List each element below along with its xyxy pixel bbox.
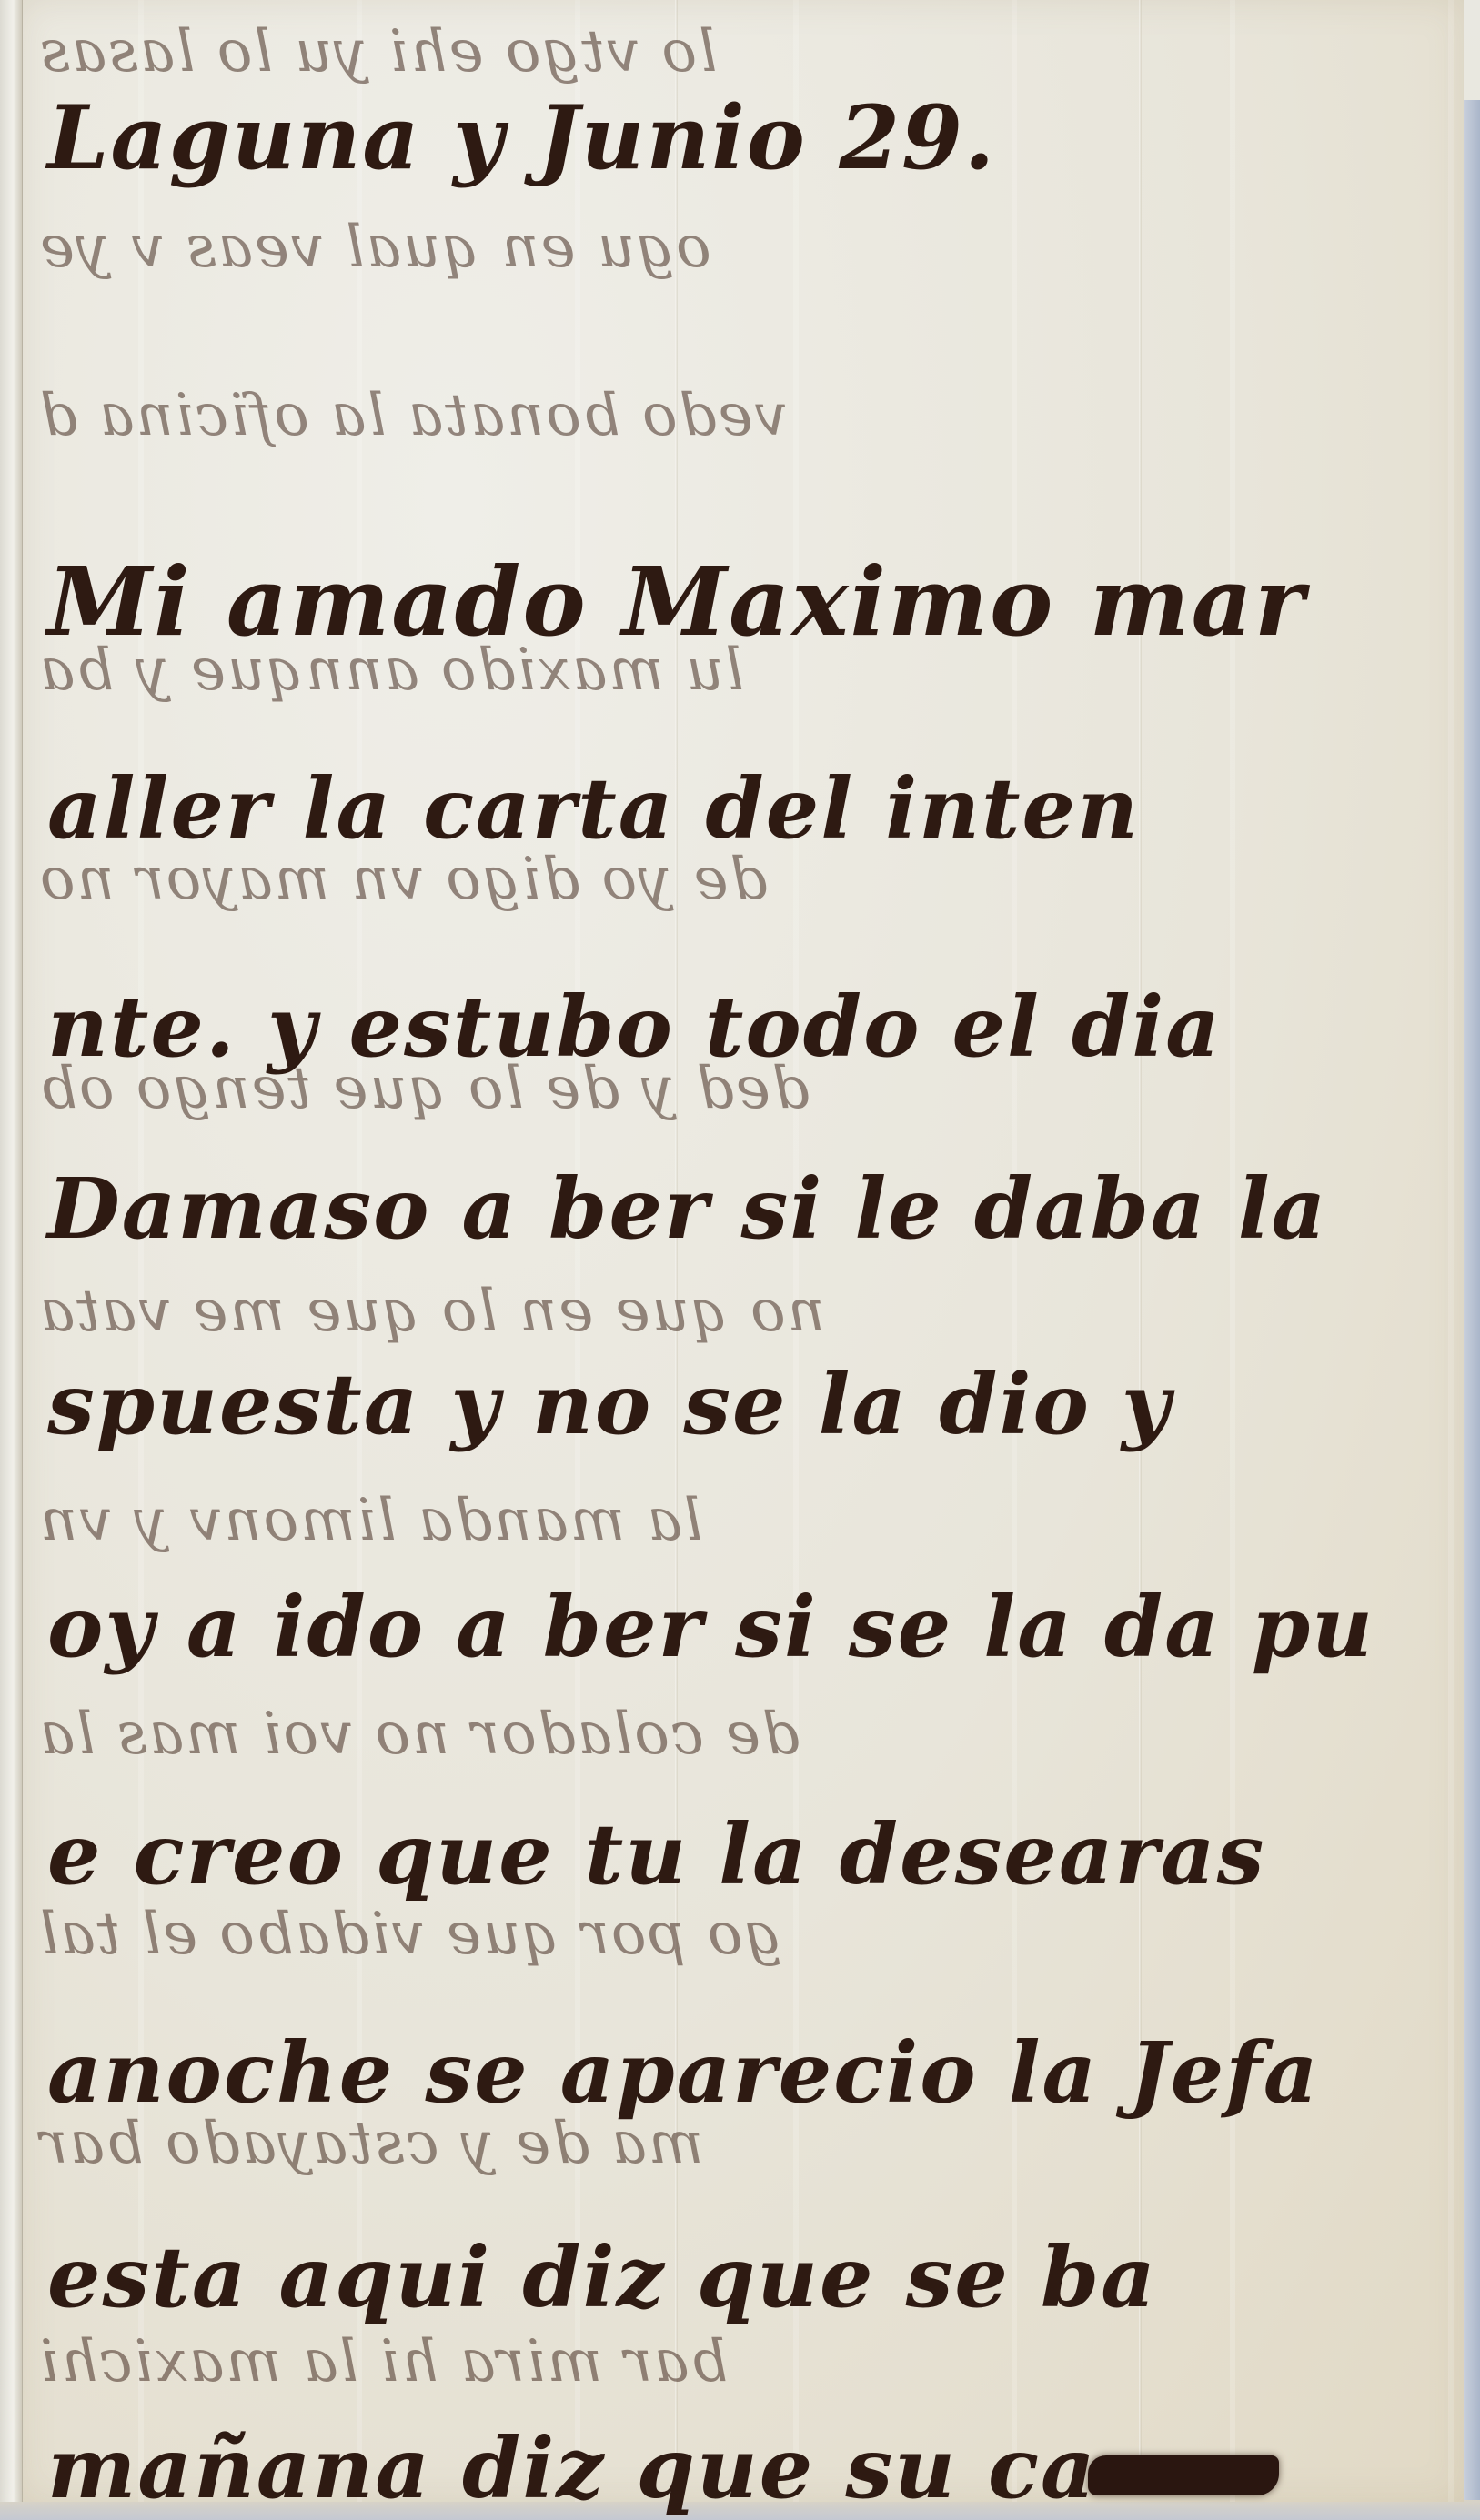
letter-line: Damaso a ber si le daba la [47,1160,1327,1258]
bleed-through-line: no que en lo que me vata [38,1278,1457,1345]
bleed-through-line: la manda limonv y vn [38,1487,1457,1554]
bleed-through-line: de colador no voi mas la [38,1701,1457,1768]
salutation-line: Mi amado Maximo mar [47,546,1306,658]
letter-line: e creo que tu la desearas [47,1805,1265,1903]
manuscript-photo: lo vtgo ehi yu lo lasas ogu en qual veas… [0,0,1480,2520]
bleed-through-line: bar mira hi la maxichi [38,2328,1457,2395]
letter-line: oy a ido a ber si se la da pu [47,1578,1374,1676]
letter-line: nte. y estubo todo el dia [47,978,1222,1076]
letter-page: lo vtgo ehi yu lo lasas ogu en qual veas… [20,0,1464,2502]
letter-line: spuesta y no se la dio y [47,1355,1172,1453]
background-surface [1464,100,1480,2520]
place-date-heading: Laguna y Junio 29. [47,86,996,189]
bleed-through-line: lo vtgo ehi yu lo lasas [38,18,1457,85]
letter-line-text: mañana diz que su ca [47,2419,1097,2517]
letter-line: aller la carta del inten [47,759,1140,858]
bleed-through-line: go por que vidabo el tal [38,1901,1457,1968]
letter-line: anoche se aparecio la Jefa [47,2023,1319,2122]
folded-paper-flap [0,0,23,2502]
letter-line-last: mañana diz que su ca [47,2419,1279,2517]
letter-line: esta aqui diz que se ba [47,2228,1157,2326]
ink-blot-strikeout [1088,2455,1279,2495]
bleed-through-line: vedo bonata la oficina d [38,382,1457,449]
bleed-through-line: ogu en qual veas v ye [38,214,1457,281]
